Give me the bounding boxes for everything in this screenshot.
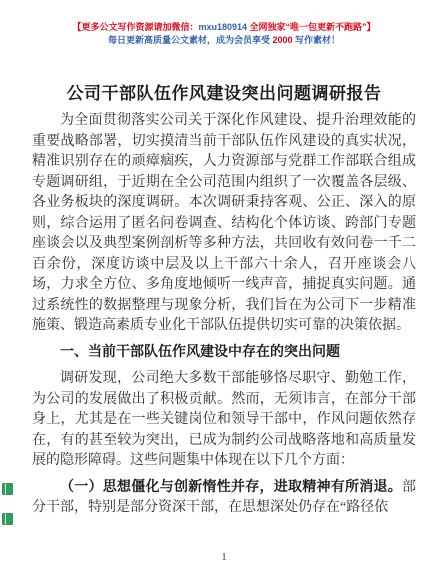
document-body: 为全面贯彻落实公司关于深化作风建设、提升治理效能的重要战略部署，切实摸清当前干部… (32, 111, 416, 525)
paragraph: 为全面贯彻落实公司关于深化作风建设、提升治理效能的重要战略部署，切实摸清当前干部… (32, 111, 416, 337)
watermark-line2-suffix: 写作素材！ (293, 35, 341, 45)
page-number: 1 (0, 552, 448, 563)
document-page: 【更多公文写作资源请加微信：mxu180914 全网独家“唯一包更新不跑路”】 … (0, 0, 448, 580)
section-heading: 一、当前干部队伍作风建设中存在的突出问题 (32, 343, 416, 364)
watermark-line-1: 【更多公文写作资源请加微信：mxu180914 全网独家“唯一包更新不跑路”】 (0, 21, 448, 34)
paragraph: （一）思想僵化与创新惰性并存，进取精神有所消退。部分干部，特别是部分资深干部，在… (32, 478, 416, 519)
watermark-header: 【更多公文写作资源请加微信：mxu180914 全网独家“唯一包更新不跑路”】 … (0, 21, 448, 47)
watermark-line1-suffix: 全网独家“唯一包更新不跑路”】 (247, 22, 376, 32)
watermark-line2-prefix: 每日更新高质量公文素材，成为会员享受 (108, 35, 273, 45)
watermark-wechat-id: mxu180914 (198, 22, 247, 32)
watermark-line1-prefix: 【更多公文写作资源请加微信： (72, 22, 198, 32)
paragraph-lead: （一）思想僵化与创新惰性并存，进取精神有所消退。 (60, 480, 402, 495)
green-book-icon (2, 513, 13, 525)
watermark-line-2: 每日更新高质量公文素材，成为会员享受 2000 写作素材！ (0, 34, 448, 47)
paragraph: 调研发现，公司绝大多数干部能够恪尽职守、勤勉工作，为公司的发展做出了积极贡献。然… (32, 369, 416, 472)
watermark-count: 2000 (272, 35, 292, 45)
page-title: 公司干部队伍作风建设突出问题调研报告 (0, 82, 448, 106)
green-book-icon (2, 483, 13, 495)
